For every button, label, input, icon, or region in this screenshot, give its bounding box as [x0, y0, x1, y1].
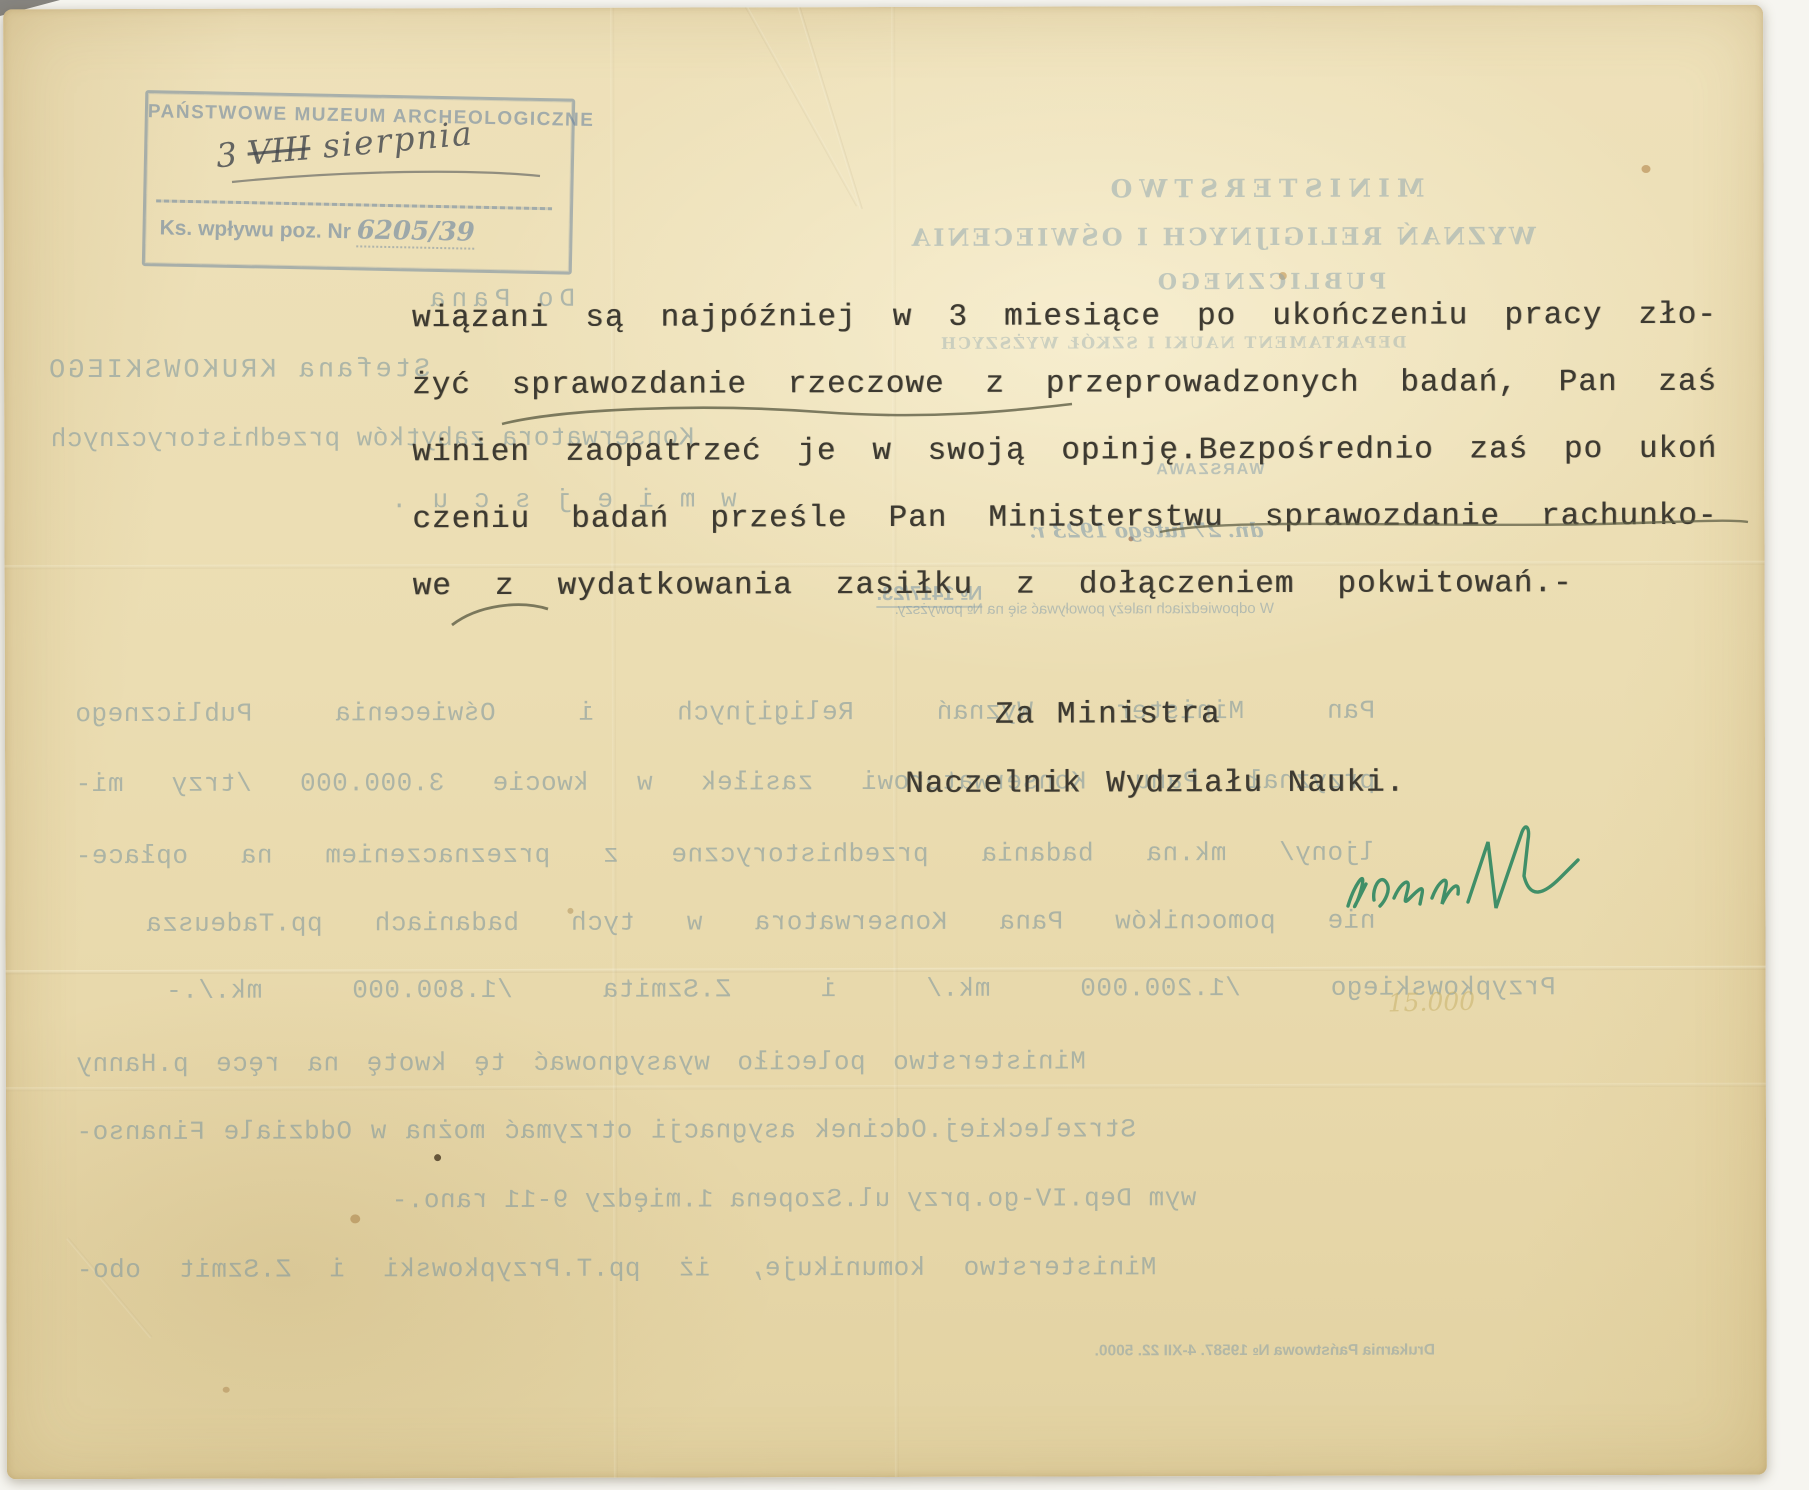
closing-title: Naczelnik Wydziału Nauki.: [905, 766, 1405, 804]
ink-speck: [434, 1154, 441, 1161]
typed-line-2: żyć sprawozdanie rzeczowe z przeprowadzo…: [412, 365, 1717, 405]
handwritten-month-roman: VIII: [246, 128, 312, 172]
bleed-print-line: Drukarnia Państwowa № 19587. 4-XII 22. 5…: [1095, 1342, 1435, 1361]
foxing-spot: [1641, 165, 1650, 173]
bleed-body-line: Przypkowskiego /1.200.000 mk./ i Z.Szmit…: [166, 972, 1556, 1006]
letter-paper: MINISTERSTWO WYZNAŃ RELIGIJNYCH I OŚWIEC…: [3, 5, 1767, 1480]
typed-line-1: wiązani są najpóźniej w 3 miesiące po uk…: [412, 298, 1717, 338]
bleed-addressee-name: Stefana KRUKOWSKIEGO: [46, 355, 430, 386]
stamp-rule: [156, 199, 552, 210]
typed-line-4: czeniu badań prześle Pan Ministerstwu sp…: [412, 499, 1717, 539]
bleed-body-line: ljony/ mk.na badania przedhistoryczne z …: [75, 838, 1375, 871]
bleed-body-line: nie pomocników Pana Konserwatora w tych …: [145, 906, 1375, 939]
fold-crease-diagonal-3: [66, 1237, 152, 1338]
foxing-spot: [350, 1214, 360, 1223]
stamp-entry-number: 6205/39: [356, 215, 475, 249]
fold-crease-diagonal-1: [795, 5, 863, 210]
bleed-body-line: Strzeleckiej.Odcinek asygnacji otrzymać …: [76, 1114, 1136, 1147]
fold-crease-diagonal-2: [739, 5, 859, 207]
bleed-body-line: Ministerstwo poleciło wyasygnować tę kwo…: [76, 1046, 1086, 1079]
stamp-entry-line: Ks. wpływu poz. Nr 6205/39: [159, 211, 556, 249]
scanned-letter-photo: MINISTERSTWO WYZNAŃ RELIGIJNYCH I OŚWIEC…: [0, 0, 1809, 1490]
closing-za-ministra: Za Ministra: [995, 697, 1222, 734]
bleed-header-ministerstwo: MINISTERSTWO: [1104, 174, 1425, 204]
bleed-body-line: Ministerstwo komunikuje, iż pp.T.Przypko…: [76, 1252, 1156, 1285]
bleed-header-publicznego: PUBLICZNEGO: [1154, 269, 1387, 296]
typed-line-5: we z wydatkowania zasiłku z dołączeniem …: [413, 566, 1573, 606]
bleed-header-wyznan: WYZNAŃ RELIGIJNYCH I OŚWIECENIA: [909, 221, 1536, 252]
fold-crease-horizontal-3: [6, 1083, 1766, 1092]
stamp-entry-label: Ks. wpływu poz. Nr: [159, 216, 357, 243]
bleed-body-line: wym Dep.IV-go.przy ul.Szopena 1.między 9…: [391, 1183, 1196, 1215]
faint-annotation: 15.000: [1387, 987, 1475, 1018]
handwritten-day: 3: [214, 134, 249, 176]
foxing-spot: [223, 1387, 230, 1393]
typed-line-3: winien zaopatrzeć je w swoją opinję.Bezp…: [412, 432, 1717, 472]
